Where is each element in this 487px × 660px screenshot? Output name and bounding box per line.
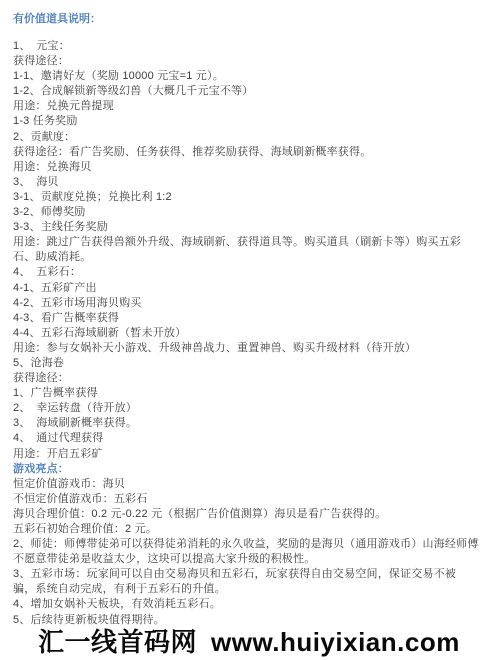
doc-line: 海贝合理价值：0.2 元-0.22 元（根据广告价值测算）海贝是看广告获得的。 — [13, 507, 479, 522]
doc-line: 5、沧海卷 — [13, 356, 479, 371]
doc-line: 获得途径：看广告奖励、任务获得、推荐奖励获得、海域刷新概率获得。 — [13, 145, 479, 160]
doc-line: 3-3、主线任务奖励 — [13, 220, 479, 235]
doc-line: 3、 海域刷新概率获得。 — [13, 416, 479, 431]
doc-line: 4-3、看广告概率获得 — [13, 311, 479, 326]
doc-line: 4、 五彩石： — [13, 265, 479, 280]
doc-line: 1、 元宝： — [13, 39, 479, 54]
doc-line: 石、助威消耗。 — [13, 250, 479, 265]
doc-line: 获得途径： — [13, 54, 479, 69]
doc-line: 用途：兑换元兽提现 — [13, 99, 479, 114]
doc-line: 4-2、五彩市场用海贝购买 — [13, 296, 479, 311]
doc-line: 1、广告概率获得 — [13, 386, 479, 401]
doc-line: 3-2、师傅奖励 — [13, 205, 479, 220]
watermark: 汇一线首码网www.huiyixian.com — [38, 622, 460, 659]
document-page: 有价值道具说明： 1、 元宝：获得途径：1-1、邀请好友（奖励 10000 元宝… — [0, 0, 487, 660]
doc-line: 2、 幸运转盘（待开放） — [13, 401, 479, 416]
doc-line: 用途：兑换海贝 — [13, 160, 479, 175]
document-body: 1、 元宝：获得途径：1-1、邀请好友（奖励 10000 元宝=1 元）。1-2… — [13, 39, 479, 628]
doc-line: 1-1、邀请好友（奖励 10000 元宝=1 元）。 — [13, 69, 479, 84]
doc-line: 2、贡献度： — [13, 130, 479, 145]
doc-line: 获得途径： — [13, 371, 479, 386]
doc-line: 不愿意带徒弟是收益太少，这块可以提高大家升级的积极性。 — [13, 552, 479, 567]
doc-line: 4、增加女娲补天板块，有效消耗五彩石。 — [13, 597, 479, 612]
doc-line: 3、五彩市场：玩家间可以自由交易海贝和五彩石，玩家获得自由交易空间，保证交易不被 — [13, 567, 479, 582]
doc-line: 3、 海贝 — [13, 175, 479, 190]
doc-line: 3-1、贡献度兑换；兑换比利 1:2 — [13, 190, 479, 205]
doc-line: 4-4、五彩石海域刷新（暂未开放） — [13, 326, 479, 341]
document-title: 有价值道具说明： — [13, 12, 479, 27]
watermark-site-name: 汇一线首码网 — [38, 627, 197, 657]
doc-line: 用途：跳过广告获得兽额外升级、海域刷新、获得道具等。购买道具（刷新卡等）购买五彩 — [13, 235, 479, 250]
doc-line: 恒定价值游戏币：海贝 — [13, 477, 479, 492]
doc-line: 骗，系统自动完成，有利于五彩石的升值。 — [13, 582, 479, 597]
doc-line: 4-1、五彩矿产出 — [13, 281, 479, 296]
doc-line: 1-2、合成解锁新等级幻兽（大概几千元宝不等） — [13, 84, 479, 99]
doc-line: 五彩石初始合理价值：2 元。 — [13, 522, 479, 537]
doc-line: 4、 通过代理获得 — [13, 431, 479, 446]
doc-line: 游戏亮点： — [13, 462, 479, 477]
watermark-url: www.huiyixian.com — [211, 627, 460, 657]
doc-line: 1-3 任务奖励 — [13, 114, 479, 129]
doc-line: 不恒定价值游戏币：五彩石 — [13, 492, 479, 507]
doc-line: 用途：参与女娲补天小游戏、升级神兽战力、重置神兽、购买升级材料（待开放） — [13, 341, 479, 356]
doc-line: 用途：开启五彩矿 — [13, 447, 479, 462]
doc-line: 2、师徒：师傅带徒弟可以获得徒弟消耗的永久收益，奖励的是海贝（通用游戏币）山海经… — [13, 537, 479, 552]
